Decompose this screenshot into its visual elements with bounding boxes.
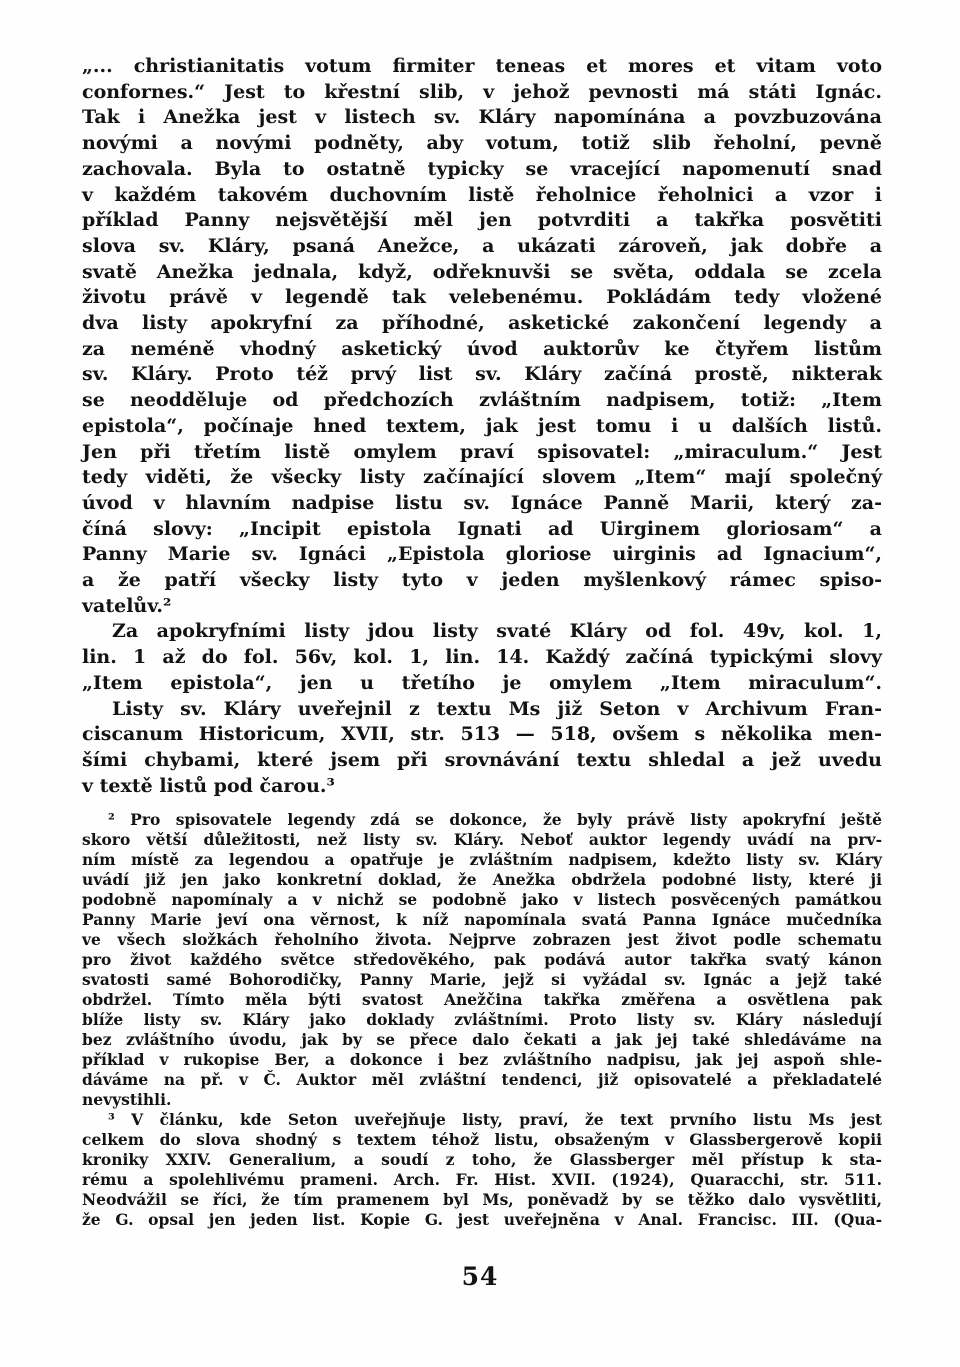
text-line: sv. Kláry. Proto též prvý list sv. Kláry…: [82, 362, 882, 388]
text-line-paragraph-start: Za apokryfními listy jdou listy svaté Kl…: [82, 619, 882, 645]
footnote-line-start: ² Pro spisovatele legendy zdá se dokonce…: [82, 810, 882, 830]
footnote-line: ve všech složkách řeholního života. Nejp…: [82, 930, 882, 950]
footnote-line: celkem do slova shodný s textem téhož li…: [82, 1130, 882, 1150]
footnote-line: pro život každého světce středověkého, p…: [82, 950, 882, 970]
footnote-line: rému a spolehlivému prameni. Arch. Fr. H…: [82, 1170, 882, 1190]
text-line: ciscanum Historicum, XVII, str. 513 — 51…: [82, 722, 882, 748]
footnote-line: dáváme na př. v Č. Auktor měl zvláštní t…: [82, 1070, 882, 1090]
text-line: svatě Anežka jednala, když, odřeknuvši s…: [82, 260, 882, 286]
text-line: Tak i Anežka jest v listech sv. Kláry na…: [82, 105, 882, 131]
footnote-line: příklad v rukopise Ber, a dokonce i bez …: [82, 1050, 882, 1070]
footnote-line-paragraph-end: nevystihli.: [82, 1090, 882, 1110]
text-line: šími chybami, které jsem při srovnávání …: [82, 748, 882, 774]
scanned-book-page: „... christianitatis votum firmiter tene…: [0, 0, 960, 1367]
text-line: životu právě v legendě tak velebenému. P…: [82, 285, 882, 311]
text-line: v každém takovém duchovním listě řeholni…: [82, 183, 882, 209]
text-line: se neodděluje od předchozích zvláštním n…: [82, 388, 882, 414]
text-line: „Item epistola“, jen u třetího je omylem…: [82, 671, 882, 697]
text-line: epistola“, počínaje hned textem, jak jes…: [82, 414, 882, 440]
text-line: za neméně vhodný asketický úvod auktorův…: [82, 337, 882, 363]
page-number: 54: [0, 1262, 960, 1291]
footnote-line: podobně napomínaly a v nichž se podobně …: [82, 890, 882, 910]
footnote-line: ním místě za legendou a opatřuje je zvlá…: [82, 850, 882, 870]
text-line: číná slovy: „Incipit epistola Ignati ad …: [82, 517, 882, 543]
footnote-line: kroniky XXIV. Generalium, a soudí z toho…: [82, 1150, 882, 1170]
text-line: dva listy apokryfní za příhodné, asketic…: [82, 311, 882, 337]
text-line: zachovala. Byla to ostatně typicky se vr…: [82, 157, 882, 183]
text-line: a že patří všecky listy tyto v jeden myš…: [82, 568, 882, 594]
footnote-line-start: ³ V článku, kde Seton uveřejňuje listy, …: [82, 1110, 882, 1130]
text-line: Panny Marie sv. Ignáci „Epistola glorios…: [82, 542, 882, 568]
text-line: slova sv. Kláry, psaná Anežce, a ukázati…: [82, 234, 882, 260]
footnote-line: blíže listy sv. Kláry jako doklady zvláš…: [82, 1010, 882, 1030]
text-line: Jen při třetím listě omylem praví spisov…: [82, 440, 882, 466]
footnote-line: bez zvláštního úvodu, jak by se přece da…: [82, 1030, 882, 1050]
text-line: úvod v hlavním nadpise listu sv. Ignáce …: [82, 491, 882, 517]
text-line: tedy viděti, že všecky listy začínající …: [82, 465, 882, 491]
footnotes-block: ² Pro spisovatele legendy zdá se dokonce…: [82, 810, 882, 1230]
footnote-line: Panny Marie jeví ona věrnost, k níž napo…: [82, 910, 882, 930]
text-line-paragraph-end: v textě listů pod čarou.³: [82, 774, 882, 800]
footnote-line: uvádí již jen jako konkretní doklad, že …: [82, 870, 882, 890]
text-line-paragraph-end: vatelův.²: [82, 594, 882, 620]
footnote-line: že G. opsal jen jeden list. Kopie G. jes…: [82, 1210, 882, 1230]
footnote-line: Neodvážil se říci, že tím pramenem byl M…: [82, 1190, 882, 1210]
footnote-line: skoro větší důležitosti, než listy sv. K…: [82, 830, 882, 850]
text-line: „... christianitatis votum firmiter tene…: [82, 54, 882, 80]
text-line: confornes.“ Jest to křestní slib, v jeho…: [82, 80, 882, 106]
text-line: příklad Panny nejsvětější měl jen potvrd…: [82, 208, 882, 234]
footnote-line: svatosti samé Bohorodičky, Panny Marie, …: [82, 970, 882, 990]
footnote-line: obdržel. Tímto měla býti svatost Anežčin…: [82, 990, 882, 1010]
text-line: lin. 1 až do fol. 56v, kol. 1, lin. 14. …: [82, 645, 882, 671]
main-text-block: „... christianitatis votum firmiter tene…: [82, 54, 882, 799]
text-line-paragraph-start: Listy sv. Kláry uveřejnil z textu Ms již…: [82, 697, 882, 723]
text-line: novými a novými podněty, aby votum, toti…: [82, 131, 882, 157]
